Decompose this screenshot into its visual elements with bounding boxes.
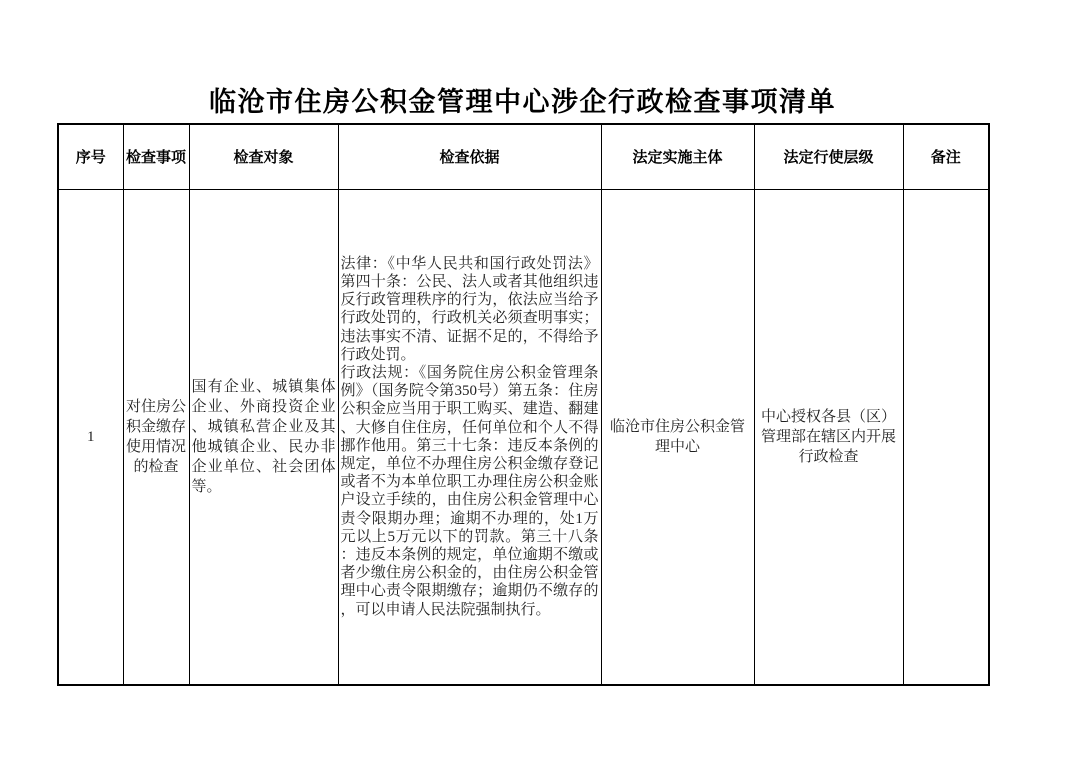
cell-sequence-number: 1 [58, 189, 123, 685]
col-header-authority: 法定实施主体 [601, 124, 754, 189]
document-title: 临沧市住房公积金管理中心涉企行政检查事项清单 [57, 80, 988, 119]
cell-remark [903, 189, 989, 685]
col-header-item: 检查事项 [123, 124, 189, 189]
cell-implementing-body: 临沧市住房公积金管理中心 [601, 189, 754, 685]
inspection-items-table: 序号 检查事项 检查对象 检查依据 法定实施主体 法定行使层级 备注 1 对住房… [57, 123, 990, 686]
cell-inspection-item: 对住房公积金缴存使用情况的检查 [123, 189, 189, 685]
document-page: 临沧市住房公积金管理中心涉企行政检查事项清单 序号 检查事项 检查对象 检查依据… [0, 0, 1072, 766]
cell-inspection-target: 国有企业、城镇集体企业、外商投资企业、城镇私营企业及其他城镇企业、民办非企业单位… [189, 189, 338, 685]
col-header-basis: 检查依据 [338, 124, 601, 189]
col-header-target: 检查对象 [189, 124, 338, 189]
cell-inspection-basis: 法律：《中华人民共和国行政处罚法》第四十条：公民、法人或者其他组织违反行政管理秩… [338, 189, 601, 685]
col-header-seq: 序号 [58, 124, 123, 189]
table-row: 1 对住房公积金缴存使用情况的检查 国有企业、城镇集体企业、外商投资企业、城镇私… [58, 189, 989, 685]
col-header-level: 法定行使层级 [754, 124, 903, 189]
table-header-row: 序号 检查事项 检查对象 检查依据 法定实施主体 法定行使层级 备注 [58, 124, 989, 189]
col-header-remark: 备注 [903, 124, 989, 189]
cell-exercise-level: 中心授权各县（区）管理部在辖区内开展行政检查 [754, 189, 903, 685]
